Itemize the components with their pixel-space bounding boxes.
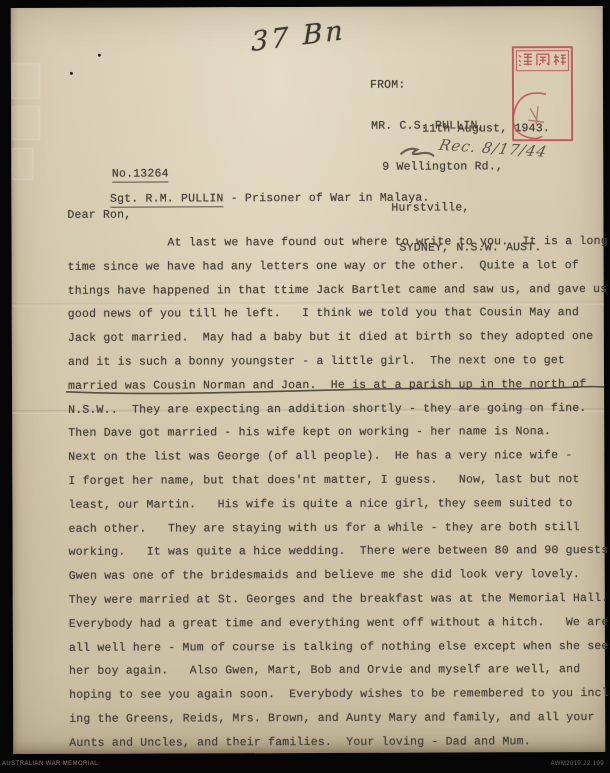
letter-line: working. It was quite a hice wedding. Th…: [69, 539, 599, 565]
letter-line: Aunts and Uncles, and their families. Yo…: [69, 730, 599, 756]
letter-line: I forget her name, but that does'nt matt…: [68, 468, 598, 494]
letter-line: married was Cousin Norman and Joan. He i…: [68, 373, 598, 399]
addressee-name: Sgt. R.M. PULLIN: [110, 192, 224, 207]
letter-line: They were married at St. Georges and the…: [69, 587, 599, 613]
letter-line: Gwen was one of the bridesmaids and beli…: [69, 563, 599, 589]
letter-page: 37 Bn FROM: MR. C.S. PULLIN, 9 Wellingto…: [11, 6, 606, 754]
letter-line: and it is such a bonny youngster - a lit…: [68, 349, 598, 375]
letter-line: each other. They are staying with us for…: [68, 516, 598, 542]
sender-line: 9 Wellington Rd.,: [382, 160, 541, 174]
letter-line: Jack got married. May had a baby but it …: [68, 325, 598, 351]
letter-line: Everybody had a great time and everythin…: [69, 611, 599, 637]
addressee-description: - Prisoner of War in Malaya.: [224, 192, 430, 206]
emboss-mark: [12, 148, 33, 180]
japanese-censor-stamp: [512, 46, 573, 141]
letter-body: At last we have found out where to write…: [67, 230, 599, 755]
letter-line: Next on the list was George (of all peop…: [68, 444, 598, 470]
letter-line: time since we have had any letters one w…: [68, 254, 598, 280]
scan-background: 37 Bn FROM: MR. C.S. PULLIN, 9 Wellingto…: [0, 0, 610, 773]
pinhole: [70, 72, 73, 75]
letter-line: At last we have found out where to write…: [67, 230, 597, 256]
salutation: Dear Ron,: [67, 209, 131, 222]
letter-line: all well here - Mum of course is talking…: [69, 635, 599, 661]
letter-line: her boy again. Also Gwen, Mart, Bob and …: [69, 658, 599, 684]
handwritten-battalion-note: 37 Bn: [251, 15, 346, 58]
archive-watermark-left: AUSTRALIAN WAR MEMORIAL: [2, 761, 98, 767]
emboss-mark: [12, 63, 40, 99]
letter-line: ing the Greens, Reids, Mrs. Brown, and A…: [69, 706, 599, 732]
letter-line: hoping to see you again soon. Everybody …: [69, 682, 599, 708]
pinhole: [98, 54, 101, 57]
emboss-mark: [12, 106, 40, 140]
letter-line: things have happened in that ttime Jack …: [68, 278, 598, 304]
letter-line: good news of you till he left. I think w…: [68, 301, 598, 327]
censor-stamp-kanji-icon: [518, 52, 567, 67]
letter-line: least, our Martin. His wife is quite a n…: [68, 492, 598, 518]
letter-line: N.S.W.. They are expecting an addition s…: [68, 397, 598, 423]
archive-accession-number: AWM2019.22.199: [551, 761, 604, 767]
censor-signature-scribble: [500, 86, 570, 156]
letter-line: Then Dave got married - his wife kept on…: [68, 420, 598, 446]
